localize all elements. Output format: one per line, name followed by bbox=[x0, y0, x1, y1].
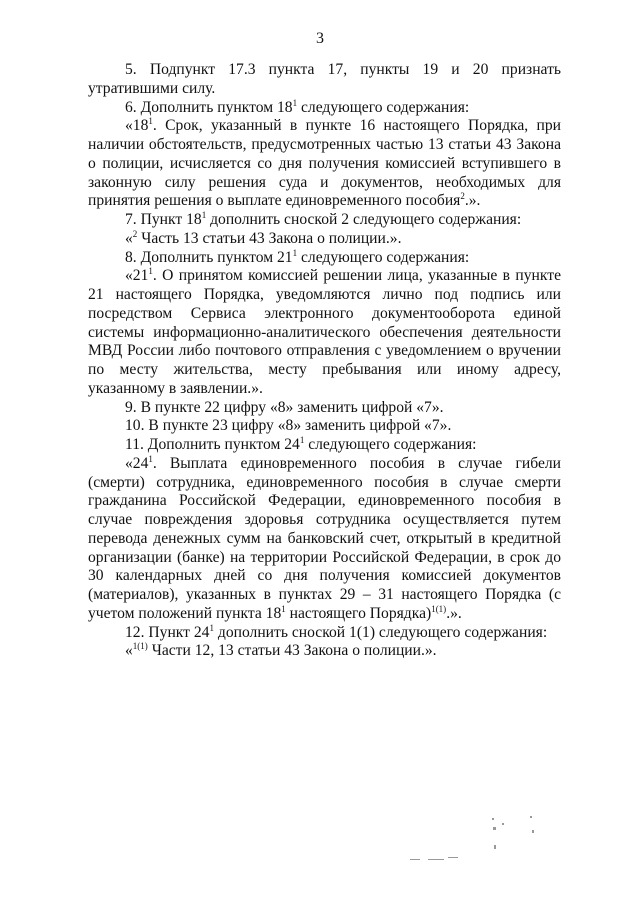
text-run: дополнить сноской 1(1) следующего содерж… bbox=[214, 624, 547, 641]
text-run: . Выплата единовременного пособия в случ… bbox=[88, 455, 561, 622]
text-run: настоящего Порядка) bbox=[286, 605, 431, 622]
superscript: 1(1) bbox=[431, 604, 446, 614]
text-run: 6. Дополнить пунктом 18 bbox=[125, 99, 293, 116]
paragraph-quote-24-1: «241. Выплата единовременного пособия в … bbox=[88, 455, 561, 624]
text-run: . Срок, указанный в пункте 16 настоящего… bbox=[88, 117, 561, 209]
paragraph-item-7: 7. Пункт 181 дополнить сноской 2 следующ… bbox=[88, 211, 561, 230]
text-run: Часть 13 статьи 43 Закона о полиции.». bbox=[137, 230, 401, 247]
text-run: .». bbox=[465, 192, 481, 209]
paragraph-item-10: 10. В пункте 23 цифру «8» заменить цифро… bbox=[88, 417, 561, 436]
paragraph-item-5: 5. Подпункт 17.3 пункта 17, пункты 19 и … bbox=[88, 61, 561, 99]
text-run: .». bbox=[446, 605, 462, 622]
text-run: следующего содержания: bbox=[304, 436, 476, 453]
text-run: следующего содержания: bbox=[297, 249, 469, 266]
text-run: 10. В пункте 23 цифру «8» заменить цифро… bbox=[125, 417, 451, 434]
paragraph-footnote-2: «2 Часть 13 статьи 43 Закона о полиции.»… bbox=[88, 230, 561, 249]
text-run: следующего содержания: bbox=[297, 99, 469, 116]
text-run: 7. Пункт 18 bbox=[125, 211, 202, 228]
text-run: «24 bbox=[125, 455, 148, 472]
text-run: 5. Подпункт 17.3 пункта 17, пункты 19 и … bbox=[88, 61, 561, 97]
paragraph-quote-18-1: «181. Срок, указанный в пункте 16 настоя… bbox=[88, 117, 561, 211]
text-run: « bbox=[125, 642, 133, 659]
paragraph-item-8: 8. Дополнить пунктом 211 следующего соде… bbox=[88, 249, 561, 268]
paragraph-item-9: 9. В пункте 22 цифру «8» заменить цифрой… bbox=[88, 399, 561, 418]
text-run: 11. Дополнить пунктом 24 bbox=[125, 436, 300, 453]
paragraph-item-12: 12. Пункт 241 дополнить сноской 1(1) сле… bbox=[88, 624, 561, 643]
page-number: 3 bbox=[0, 30, 640, 48]
paragraph-quote-21-1: «211. О принятом комиссией решении лица,… bbox=[88, 267, 561, 398]
text-run: Части 12, 13 статьи 43 Закона о полиции.… bbox=[148, 642, 437, 659]
text-run: « bbox=[125, 230, 133, 247]
text-run: 12. Пункт 24 bbox=[125, 624, 209, 641]
document-body: 5. Подпункт 17.3 пункта 17, пункты 19 и … bbox=[88, 61, 561, 661]
paragraph-item-11: 11. Дополнить пунктом 241 следующего сод… bbox=[88, 436, 561, 455]
superscript: 1(1) bbox=[133, 641, 148, 651]
paragraph-item-6: 6. Дополнить пунктом 181 следующего соде… bbox=[88, 99, 561, 118]
text-run: дополнить сноской 2 следующего содержани… bbox=[206, 211, 521, 228]
text-run: 8. Дополнить пунктом 21 bbox=[125, 249, 293, 266]
text-run: «18 bbox=[125, 117, 148, 134]
text-run: 9. В пункте 22 цифру «8» заменить цифрой… bbox=[125, 399, 444, 416]
text-run: . О принятом комиссией решении лица, ука… bbox=[88, 267, 561, 397]
text-run: «21 bbox=[125, 267, 148, 284]
paragraph-footnote-1-1: «1(1) Части 12, 13 статьи 43 Закона о по… bbox=[88, 642, 561, 661]
